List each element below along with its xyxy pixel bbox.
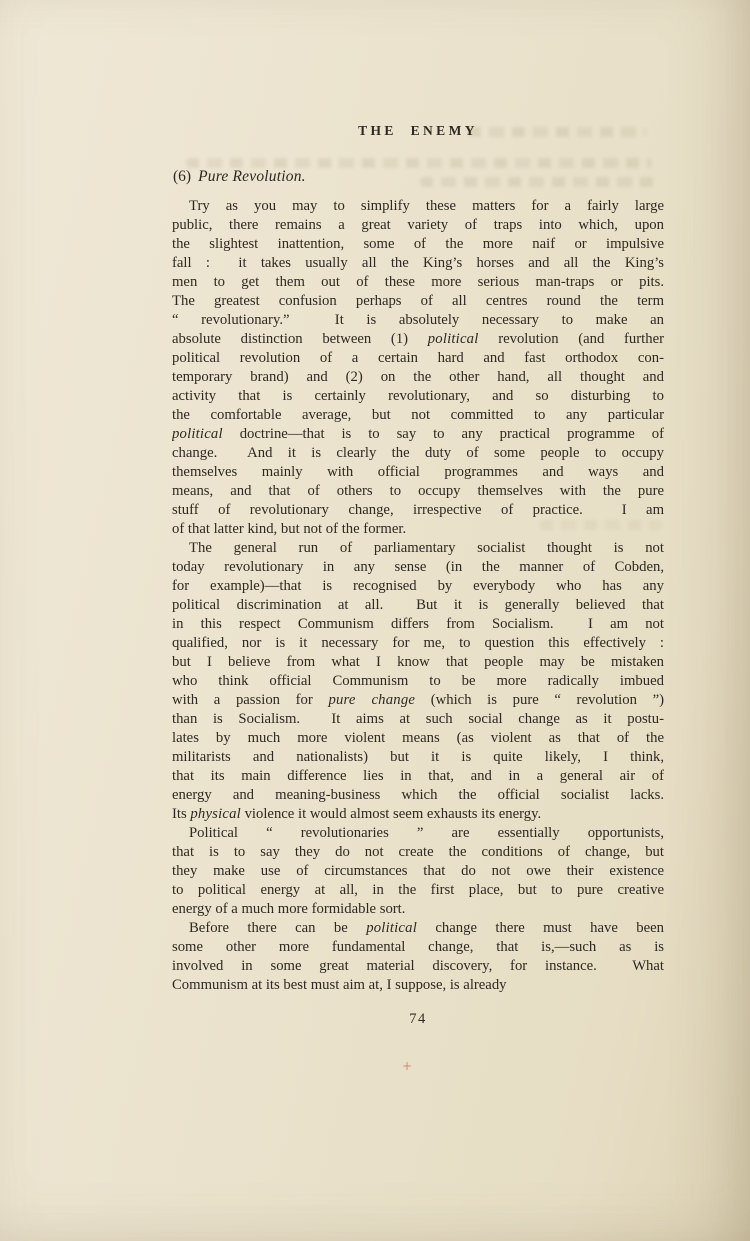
text-line: they make use of circumstances that do n…: [172, 862, 664, 881]
text-line: the slightest inattention, some of the m…: [172, 235, 664, 254]
text-line: political revolution of a certain hard a…: [172, 349, 664, 368]
show-through-artifact: [420, 177, 658, 187]
text-line: “ revolutionary.” It is absolutely neces…: [172, 311, 664, 330]
section-number: (6): [173, 168, 191, 185]
section-heading: (6)Pure Revolution.: [173, 168, 306, 186]
text-line: temporary brand) and (2) on the other ha…: [172, 368, 664, 387]
text-line: that its main difference lies in that, a…: [172, 767, 664, 786]
text-line: but I believe from what I know that peop…: [172, 653, 664, 672]
text-line: Its physical violence it would almost se…: [172, 805, 664, 824]
text-line: Before there can be political change the…: [172, 919, 664, 938]
text-line: Try as you may to simplify these matters…: [172, 197, 664, 216]
text-line: stuff of revolutionary change, irrespect…: [172, 501, 664, 520]
show-through-artifact: [186, 158, 652, 168]
text-line: The general run of parliamentary sociali…: [172, 539, 664, 558]
registration-mark: +: [400, 1059, 414, 1073]
text-line: for example)—that is recognised by every…: [172, 577, 664, 596]
text-line: public, there remains a great variety of…: [172, 216, 664, 235]
text-line: activity that is certainly revolutionary…: [172, 387, 664, 406]
page-number: 74: [172, 1011, 664, 1028]
text-line: qualified, nor is it necessary for me, t…: [172, 634, 664, 653]
text-line: fall : it takes usually all the King’s h…: [172, 254, 664, 273]
text-line: lates by much more violent means (as vio…: [172, 729, 664, 748]
paragraph: Before there can be political change the…: [172, 919, 664, 995]
text-line: that is to say they do not create the co…: [172, 843, 664, 862]
text-line: today revolutionary in any sense (in the…: [172, 558, 664, 577]
text-line: some other more fundamental change, that…: [172, 938, 664, 957]
text-line: involved in some great material discover…: [172, 957, 664, 976]
text-column: Try as you may to simplify these matters…: [172, 197, 664, 995]
text-line: The greatest confusion perhaps of all ce…: [172, 292, 664, 311]
text-line: means, and that of others to occupy them…: [172, 482, 664, 501]
text-line: energy of a much more formidable sort.: [172, 900, 664, 919]
text-line: energy and meaning-business which the of…: [172, 786, 664, 805]
text-line: militarists and nationalists) but it is …: [172, 748, 664, 767]
text-line: in this respect Communism differs from S…: [172, 615, 664, 634]
text-line: to political energy at all, in the first…: [172, 881, 664, 900]
text-line: Political “ revolutionaries ” are essent…: [172, 824, 664, 843]
text-line: than is Socialism. It aims at such socia…: [172, 710, 664, 729]
text-line: themselves mainly with official programm…: [172, 463, 664, 482]
running-head: THE ENEMY: [172, 123, 664, 139]
text-line: of that latter kind, but not of the form…: [172, 520, 664, 539]
text-line: with a passion for pure change (which is…: [172, 691, 664, 710]
scanned-book-page: { "colors": { "paper": "#eae2cc", "ink":…: [0, 0, 750, 1241]
text-line: political discrimination at all. But it …: [172, 596, 664, 615]
paragraph: Try as you may to simplify these matters…: [172, 197, 664, 539]
text-line: absolute distinction between (1) politic…: [172, 330, 664, 349]
text-line: men to get them out of these more seriou…: [172, 273, 664, 292]
text-line: Communism at its best must aim at, I sup…: [172, 976, 664, 995]
text-line: the comfortable average, but not committ…: [172, 406, 664, 425]
section-title: Pure Revolution.: [198, 168, 306, 185]
paragraph: Political “ revolutionaries ” are essent…: [172, 824, 664, 919]
text-line: change. And it is clearly the duty of so…: [172, 444, 664, 463]
text-line: political doctrine—that is to say to any…: [172, 425, 664, 444]
paragraph: The general run of parliamentary sociali…: [172, 539, 664, 824]
text-line: who think official Communism to be more …: [172, 672, 664, 691]
